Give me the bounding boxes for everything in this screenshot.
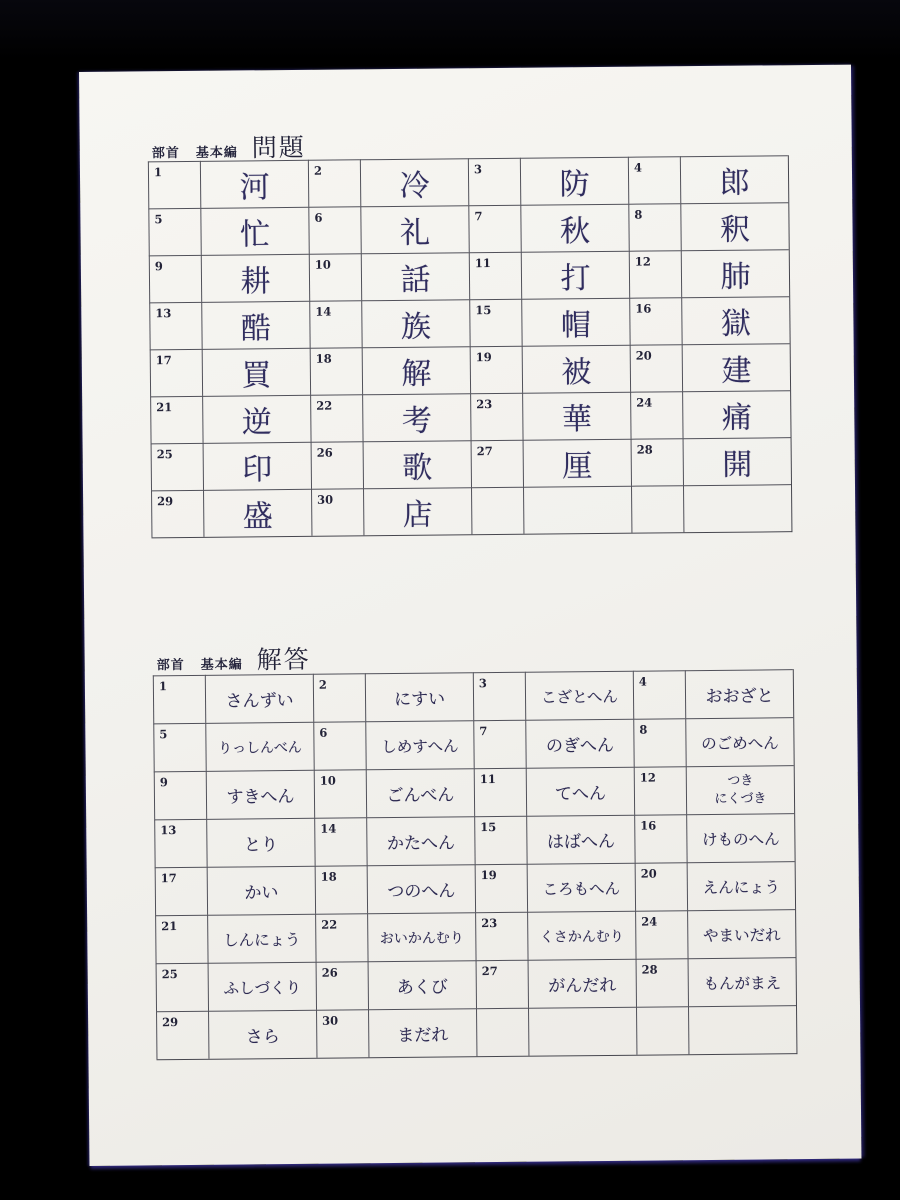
problem-cell-text: 話 (400, 255, 430, 299)
answer-cell-number: 15 (474, 816, 526, 864)
problem-cell-value: 防 (520, 157, 628, 205)
problem-cell-text: 獄 (721, 299, 751, 343)
answer-cell-text: まだれ (397, 1021, 448, 1046)
answer-cell-text: つき にくづき (714, 772, 766, 808)
answer-cell-number: 28 (636, 958, 688, 1006)
answer-cell-text: ごんべん (386, 780, 454, 806)
answer-cell-number: 22 (315, 913, 367, 961)
problem-cell-text: 華 (562, 394, 592, 438)
answer-cell-number: 8 (633, 718, 685, 766)
answer-cell-number: 29 (156, 1011, 208, 1059)
problem-cell-value: 考 (362, 393, 470, 441)
problem-cell-number: 14 (309, 300, 361, 347)
problem-cell-value: 買 (202, 348, 310, 396)
answer-cell-text: かたへん (387, 828, 455, 854)
answer-cell-value: かい (207, 866, 315, 915)
problem-cell-text: 族 (401, 302, 431, 346)
answer-cell-value: くさかんむり (527, 911, 635, 960)
problem-cell-value: 忙 (200, 207, 308, 255)
answer-cell-number: 11 (474, 768, 526, 816)
answer-cell-value: てへん (526, 767, 634, 816)
answer-cell-value (688, 1005, 796, 1054)
answer-cell-number: 30 (316, 1009, 368, 1057)
problem-cell-number: 18 (310, 347, 362, 394)
answer-cell-value: つき にくづき (686, 765, 794, 814)
problem-cell-text: 帽 (561, 300, 591, 344)
answer-cell-text: すきへん (226, 782, 294, 808)
problem-cell-number: 10 (309, 253, 361, 300)
answer-cell-text: かい (244, 878, 278, 903)
problem-cell-value: 耕 (201, 254, 309, 302)
problem-cell-number: 21 (150, 396, 202, 443)
problem-cell-number: 22 (310, 394, 362, 441)
problem-cell-number: 20 (630, 344, 682, 391)
problem-cell-value: 解 (362, 346, 470, 394)
problem-cell-text: 釈 (720, 205, 750, 249)
problem-cell-value: 獄 (681, 296, 789, 344)
answer-cell-number: 5 (153, 723, 205, 771)
answer-cell-text: とり (244, 830, 278, 855)
answer-cell-value: おいかんむり (367, 912, 475, 961)
problem-cell-number: 3 (468, 158, 520, 205)
answers-title: 解答 (256, 640, 310, 677)
answer-cell-value: すきへん (206, 770, 314, 819)
problem-cell-value (523, 486, 631, 534)
answer-cell-text: あくび (397, 973, 448, 998)
problem-cell-number: 5 (148, 208, 200, 255)
problem-cell-value: 釈 (680, 202, 788, 250)
problem-cell-number: 28 (631, 438, 683, 485)
problem-cell-number: 7 (468, 205, 520, 252)
answer-cell-text: つのへん (387, 876, 455, 902)
answer-cell-text: えんにょう (703, 875, 780, 898)
answer-cell-text: さんずい (225, 686, 293, 712)
problem-cell-number: 11 (469, 252, 521, 299)
problem-cell-value: 肺 (681, 249, 789, 297)
problem-cell-value: 印 (203, 442, 311, 490)
answer-cell-value: のぎへん (525, 719, 633, 768)
problem-cell-text: 考 (402, 396, 432, 440)
problem-cell-value: 厘 (523, 439, 631, 487)
answer-cell-text: くさかんむり (540, 925, 624, 946)
answer-cell-number: 20 (635, 862, 687, 910)
problems-category-label: 部首 (152, 142, 180, 161)
problem-cell-text: 河 (239, 162, 269, 206)
answer-cell-value: こざとへん (525, 671, 633, 720)
answer-cell-text: りっしんべん (218, 736, 302, 757)
answer-cell-text: てへん (555, 779, 606, 804)
problem-cell-value: 話 (361, 252, 469, 300)
answer-cell-value: まだれ (368, 1008, 476, 1057)
photo-background: { "problems": { "label_category": "部首", … (0, 0, 900, 1200)
problem-cell-value: 打 (521, 251, 629, 299)
answer-cell-value: やまいだれ (687, 909, 795, 958)
answers-table: 1さんずい2にすい3こざとへん4おおざと5りっしんべん6しめすへん7のぎへん8の… (153, 669, 798, 1060)
answer-cell-value: けものへん (686, 813, 794, 862)
problem-cell-text: 酷 (241, 303, 271, 347)
answer-cell-number: 27 (476, 960, 528, 1008)
answers-category-label: 部首 (157, 654, 185, 673)
answer-cell-value: ふしづくり (208, 962, 316, 1011)
problem-cell-value: 店 (363, 487, 471, 535)
problem-cell-number: 15 (469, 299, 521, 346)
answer-cell-value: おおざと (685, 669, 793, 718)
answer-cell-text: がんだれ (548, 971, 616, 997)
problem-cell-number: 16 (629, 297, 681, 344)
problem-cell-text: 買 (241, 350, 271, 394)
problem-cell-text: 厘 (562, 441, 592, 485)
answer-cell-value: のごめへん (685, 717, 793, 766)
problem-cell-text: 歌 (402, 443, 432, 487)
problem-cell-text: 耕 (240, 256, 270, 300)
answer-cell-value: さんずい (205, 674, 313, 723)
answer-cell-value: にすい (365, 672, 473, 721)
answer-cell-number: 7 (473, 720, 525, 768)
answer-cell-text: しめすへん (381, 734, 458, 757)
problem-cell-text: 防 (559, 159, 589, 203)
answers-section-header: 部首 基本編 解答 (156, 640, 310, 677)
answer-cell-value: もんがまえ (688, 957, 796, 1006)
answer-cell-value: がんだれ (528, 959, 636, 1008)
answer-cell-text: はばへん (547, 827, 615, 853)
problem-cell-number: 19 (470, 346, 522, 393)
problem-cell-value: 被 (522, 345, 630, 393)
answer-cell-value: りっしんべん (205, 722, 313, 771)
problem-cell-value: 帽 (521, 298, 629, 346)
problem-cell-value (683, 484, 791, 532)
problem-cell-value: 礼 (360, 205, 468, 253)
answer-cell-number: 25 (156, 963, 208, 1011)
problem-cell-value: 痛 (682, 390, 790, 438)
answer-cell-number: 19 (475, 864, 527, 912)
answer-cell-value: しめすへん (365, 720, 473, 769)
problem-cell-number: 27 (471, 440, 523, 487)
problem-cell-number: 1 (148, 161, 200, 208)
answer-cell-value: あくび (368, 960, 476, 1009)
answer-cell-value: さら (208, 1010, 316, 1059)
answer-cell-text: のごめへん (701, 731, 779, 754)
answer-cell-text: ころもへん (542, 876, 620, 899)
problem-cell-text: 解 (401, 349, 431, 393)
answer-cell-number: 14 (314, 817, 366, 865)
problems-table: 1河2冷3防4郎5忙6礼7秋8釈9耕10話11打12肺13酷14族15帽16獄1… (148, 155, 793, 538)
answer-cell-value: はばへん (526, 815, 634, 864)
problem-cell-number (631, 485, 683, 532)
problems-title: 問題 (252, 128, 306, 165)
answer-cell-text: ふしづくり (223, 975, 301, 998)
problem-cell-text: 印 (242, 444, 272, 488)
problems-series-label: 基本編 (196, 141, 238, 160)
problem-cell-value: 華 (522, 392, 630, 440)
problem-cell-value: 逆 (202, 395, 310, 443)
problem-cell-text: 郎 (719, 158, 749, 202)
problem-cell-number (471, 487, 523, 534)
answer-cell-text: けものへん (702, 827, 780, 850)
answer-cell-text: こざとへん (541, 684, 618, 707)
answers-series-label: 基本編 (201, 653, 243, 672)
answer-cell-number: 16 (634, 814, 686, 862)
answer-cell-text: おおざと (705, 681, 773, 707)
problem-cell-text: 建 (721, 346, 751, 390)
problem-cell-number: 30 (311, 488, 363, 535)
problem-cell-number: 8 (628, 203, 680, 250)
problem-cell-number: 25 (151, 443, 203, 490)
problem-cell-number: 4 (628, 156, 680, 203)
problem-cell-text: 冷 (399, 161, 429, 205)
problem-cell-text: 痛 (722, 393, 752, 437)
answer-cell-number: 10 (314, 769, 366, 817)
problem-cell-text: 逆 (242, 397, 272, 441)
problem-cell-value: 族 (361, 299, 469, 347)
answer-cell-value (528, 1007, 636, 1056)
problem-cell-value: 歌 (363, 440, 471, 488)
problem-cell-number: 9 (149, 255, 201, 302)
answer-cell-number: 18 (315, 865, 367, 913)
answer-cell-text: おいかんむり (380, 927, 464, 948)
problem-cell-text: 開 (722, 440, 752, 484)
answer-cell-text: しんにょう (223, 927, 300, 950)
answer-cell-text: やまいだれ (703, 923, 781, 946)
problem-cell-text: 盛 (243, 491, 273, 535)
answer-cell-value: かたへん (366, 816, 474, 865)
answer-cell-value: しんにょう (207, 914, 315, 963)
answer-cell-text: にすい (394, 685, 445, 710)
problem-cell-value: 盛 (203, 489, 311, 537)
problem-cell-value: 酷 (201, 301, 309, 349)
answer-cell-number (476, 1008, 528, 1056)
answer-cell-number: 4 (633, 670, 685, 718)
answer-cell-number: 9 (154, 771, 206, 819)
problem-cell-text: 打 (560, 253, 590, 297)
problem-cell-value: 開 (683, 437, 791, 485)
problem-cell-number: 23 (470, 393, 522, 440)
worksheet-paper: 部首 基本編 問題 1河2冷3防4郎5忙6礼7秋8釈9耕10話11打12肺13酷… (79, 65, 861, 1166)
problem-cell-text: 肺 (720, 252, 750, 296)
answer-cell-number: 17 (155, 867, 207, 915)
problem-cell-value: 冷 (360, 158, 468, 206)
answer-cell-value: ごんべん (366, 768, 474, 817)
problem-cell-value: 秋 (520, 204, 628, 252)
answer-cell-number: 26 (316, 961, 368, 1009)
answer-cell-value: ころもへん (527, 863, 635, 912)
problem-cell-text: 店 (403, 490, 433, 534)
problem-cell-value: 建 (682, 343, 790, 391)
problem-cell-text: 忙 (240, 209, 270, 253)
problem-cell-text: 礼 (400, 208, 430, 252)
answer-cell-number: 23 (475, 912, 527, 960)
answer-cell-value: えんにょう (687, 861, 795, 910)
answer-cell-number (636, 1006, 688, 1054)
answer-cell-number: 2 (313, 673, 365, 721)
problem-cell-number: 6 (308, 206, 360, 253)
answer-cell-text: さら (246, 1022, 280, 1047)
problem-cell-text: 被 (561, 347, 591, 391)
answer-cell-text: もんがまえ (703, 971, 781, 994)
answer-cell-number: 12 (634, 766, 686, 814)
problem-cell-number: 24 (630, 391, 682, 438)
answer-cell-number: 6 (313, 721, 365, 769)
answer-cell-number: 1 (153, 675, 205, 723)
answer-cell-number: 3 (473, 672, 525, 720)
problem-cell-text: 秋 (560, 206, 590, 250)
problem-cell-number: 17 (150, 349, 202, 396)
answer-cell-value: つのへん (367, 864, 475, 913)
problem-cell-number: 12 (629, 250, 681, 297)
problem-cell-value: 河 (200, 160, 308, 208)
problem-cell-value: 郎 (680, 155, 788, 203)
problem-cell-number: 2 (308, 159, 360, 206)
problem-cell-number: 26 (311, 441, 363, 488)
answer-cell-number: 21 (155, 915, 207, 963)
answer-cell-text: のぎへん (546, 731, 614, 757)
answer-cell-number: 13 (154, 819, 206, 867)
answer-cell-value: とり (206, 818, 314, 867)
problem-cell-number: 29 (151, 490, 203, 537)
problem-cell-number: 13 (149, 302, 201, 349)
answer-cell-number: 24 (635, 910, 687, 958)
